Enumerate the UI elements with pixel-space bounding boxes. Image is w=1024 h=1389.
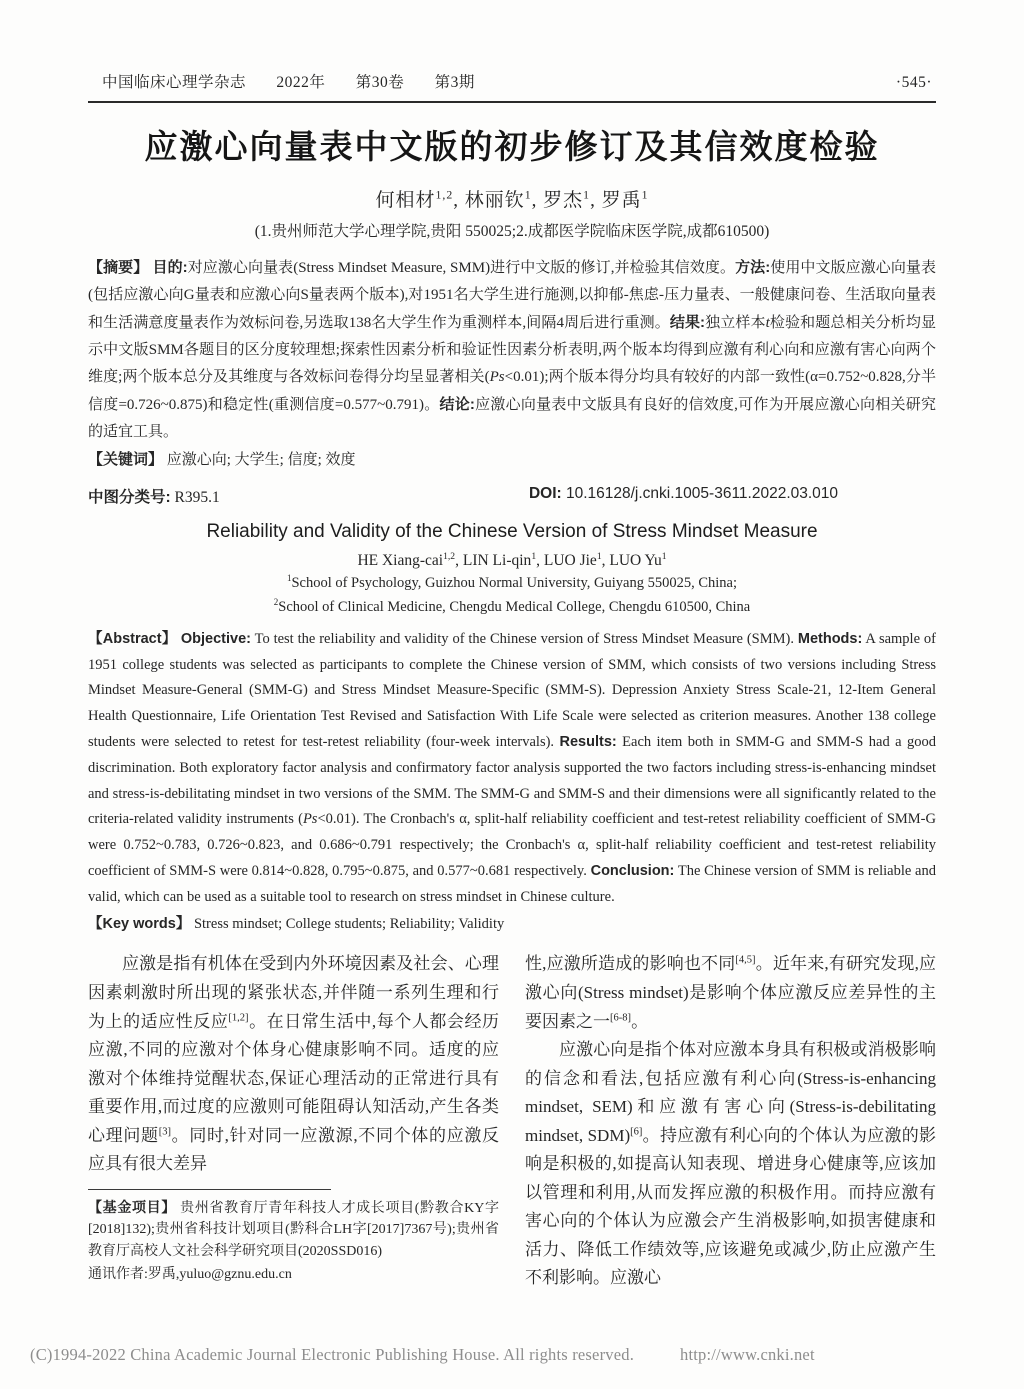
keywords-cn: 【关键词】 应激心向; 大学生; 信度; 效度 [88,446,936,474]
footnote: 【基金项目】 贵州省教育厅青年科技人才成长项目(黔教合KY字[2018]132)… [88,1197,499,1286]
fund-note: 【基金项目】 贵州省教育厅青年科技人才成长项目(黔教合KY字[2018]132)… [88,1197,499,1263]
clc-number: 中图分类号: R395.1 [88,485,529,507]
body-columns: 应激是指有机体在受到内外环境因素及社会、心理因素刺激时所出现的紧张状态,并伴随一… [88,950,936,1293]
clc-label: 中图分类号: [88,489,171,506]
abstract-cn: 【摘要】 目的:对应激心向量表(Stress Mindset Measure, … [88,254,936,446]
footnote-separator [88,1189,331,1190]
affiliation-en-2: 2School of Clinical Medicine, Chengdu Me… [88,596,936,620]
body-paragraph: 性,应激所造成的影响也不同[4,5]。近年来,有研究发现,应激心向(Stress… [525,950,936,1036]
abstract-en: 【Abstract】 Objective: To test the reliab… [88,627,936,911]
correspondence-note: 通讯作者:罗禹,yuluo@gznu.edu.cn [88,1264,499,1286]
cnki-url: http://www.cnki.net [680,1345,815,1365]
article-title-cn: 应激心向量表中文版的初步修订及其信效度检验 [88,121,936,168]
keywords-en: 【Key words】 Stress mindset; College stud… [88,912,936,938]
doi-value: 10.16128/j.cnki.1005-3611.2022.03.010 [562,485,838,502]
paper-page: 中国临床心理学杂志 2022年 第30卷 第3期 ·545· 应激心向量表中文版… [0,0,1024,1293]
article-title-en: Reliability and Validity of the Chinese … [88,521,936,543]
journal-volume: 第30卷 [356,74,405,91]
doi: DOI: 10.16128/j.cnki.1005-3611.2022.03.0… [529,485,936,507]
body-paragraph: 应激心向是指个体对应激本身具有积极或消极影响的信念和看法,包括应激有利心向(St… [525,1036,936,1293]
page-number: ·545· [896,74,932,92]
journal-info: 中国临床心理学杂志 2022年 第30卷 第3期 [102,70,501,92]
journal-name: 中国临床心理学杂志 [102,74,246,91]
affiliation-en-1: 1School of Psychology, Guizhou Normal Un… [88,572,936,596]
meta-row: 中图分类号: R395.1 DOI: 10.16128/j.cnki.1005-… [88,485,936,507]
copyright-text: (C)1994-2022 China Academic Journal Elec… [30,1345,634,1365]
authors-en: HE Xiang-cai1,2, LIN Li-qin1, LUO Jie1, … [88,552,936,570]
authors-cn: 何相材1,2, 林丽钦1, 罗杰1, 罗禹1 [88,185,936,212]
journal-issue: 第3期 [435,74,475,91]
body-paragraph: 应激是指有机体在受到内外环境因素及社会、心理因素刺激时所出现的紧张状态,并伴随一… [88,950,499,1178]
running-head: 中国临床心理学杂志 2022年 第30卷 第3期 ·545· [88,70,936,103]
journal-year: 2022年 [276,74,325,91]
clc-value: R395.1 [171,489,220,506]
body-column-left: 应激是指有机体在受到内外环境因素及社会、心理因素刺激时所出现的紧张状态,并伴随一… [88,950,499,1293]
body-column-right: 性,应激所造成的影响也不同[4,5]。近年来,有研究发现,应激心向(Stress… [525,950,936,1293]
page-footer: (C)1994-2022 China Academic Journal Elec… [30,1345,1000,1365]
doi-label: DOI: [529,485,562,502]
affiliation-cn: (1.贵州师范大学心理学院,贵阳 550025;2.成都医学院临床医学院,成都6… [88,219,936,241]
